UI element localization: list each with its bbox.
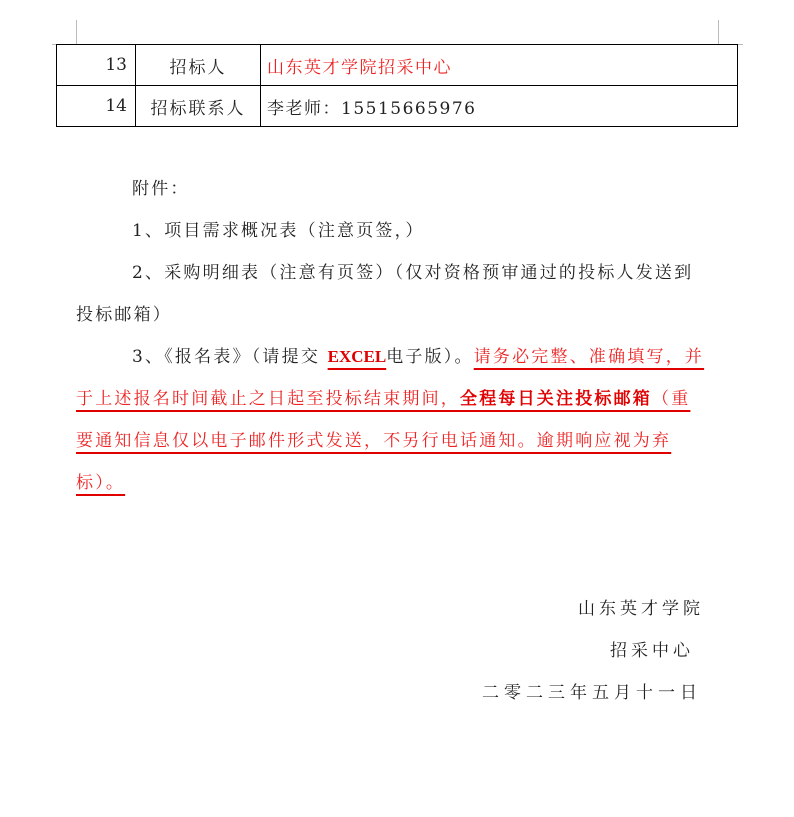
page-margin-mark-right	[718, 20, 743, 45]
table-row: 13 招标人 山东英才学院招采中心	[57, 45, 738, 86]
attachments-heading: 附件：	[76, 168, 706, 210]
attachment-item-2: 2、采购明细表（注意有页签）（仅对资格预审通过的投标人发送到投标邮箱）	[76, 252, 706, 336]
row-number: 14	[57, 86, 136, 127]
row-number: 13	[57, 45, 136, 86]
tender-info-table: 13 招标人 山东英才学院招采中心 14 招标联系人 李老师：155156659…	[56, 44, 738, 127]
page-margin-mark-left	[52, 20, 77, 45]
table-row: 14 招标联系人 李老师：15515665976	[57, 86, 738, 127]
attachment-item-1: 1、项目需求概况表（注意页签，）	[76, 210, 706, 252]
row-label: 招标人	[136, 45, 261, 86]
row-label: 招标联系人	[136, 86, 261, 127]
tenderer-value: 山东英才学院招采中心	[261, 45, 738, 86]
signature-org: 山东英才学院	[578, 594, 704, 619]
excel-keyword: EXCEL	[328, 347, 387, 366]
signature-date: 二零二三年五月十一日	[482, 678, 702, 703]
item3-emphasis: 全程每日关注投标邮箱	[460, 389, 652, 409]
contact-value: 李老师：15515665976	[261, 86, 738, 127]
signature-dept: 招采中心	[610, 636, 694, 661]
item3-middle: 电子版）。	[386, 347, 474, 367]
attachment-item-3: 3、《报名表》（请提交 EXCEL电子版）。请务必完整、准确填写，并于上述报名时…	[76, 336, 706, 504]
item3-prefix: 3、《报名表》（请提交	[132, 347, 320, 367]
